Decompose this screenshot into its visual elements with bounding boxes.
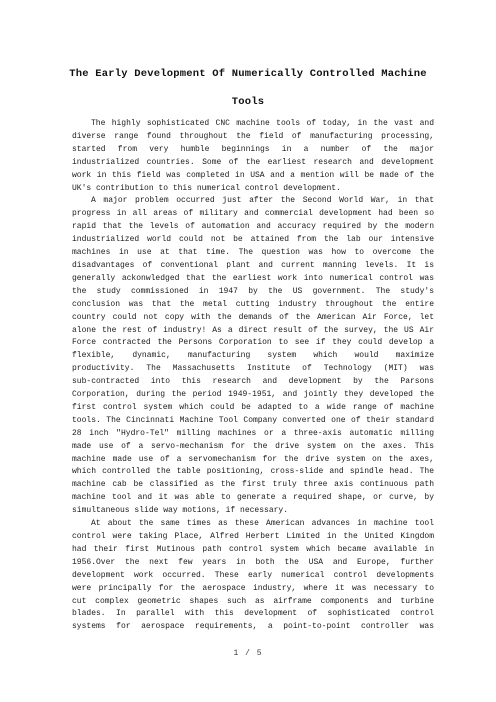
text-line: A major problem occurred just after the … (72, 195, 434, 208)
text-line: industrialized countries. Some of the ea… (72, 157, 434, 170)
text-line: sub-contracted into this research and de… (72, 376, 434, 389)
text-line: first control system which could be adap… (72, 402, 434, 415)
text-line: The highly sophisticated CNC machine too… (72, 118, 434, 131)
text-line: conclusion was that the metal cutting in… (72, 299, 434, 312)
text-line: country could not copy with the demands … (72, 312, 434, 325)
text-line: 1956.Over the next few years in both the… (72, 557, 434, 570)
text-line: were principally for the aerospace indus… (72, 583, 434, 596)
text-line: had their first Mutinous path control sy… (72, 544, 434, 557)
page-number-indicator: 1 / 5 (0, 649, 496, 658)
text-line: UK's contribution to this numerical cont… (72, 183, 434, 196)
text-line: progress in all areas of military and co… (72, 208, 434, 221)
text-line: simultaneous slide way motions, if neces… (72, 505, 434, 518)
text-line: 28 inch "Hydro-Tel" milling machines or … (72, 428, 434, 441)
text-line: control were taking Place, Alfred Herber… (72, 531, 434, 544)
text-line: started from very humble beginnings in a… (72, 144, 434, 157)
text-line: blades. In parallel with this developmen… (72, 608, 434, 621)
text-line: alone the rest of industry! As a direct … (72, 325, 434, 338)
document-title-line-1: The Early Development Of Numerically Con… (0, 60, 496, 88)
text-line: generally ackonwledged that the earliest… (72, 273, 434, 286)
paragraph: The highly sophisticated CNC machine too… (72, 118, 434, 195)
text-line: machines in use at that time. The questi… (72, 247, 434, 260)
paragraph: At about the same times as these America… (72, 518, 434, 634)
text-line: which controlled the table positioning, … (72, 466, 434, 479)
text-line: industrialized world could not be attain… (72, 234, 434, 247)
text-line: Corporation, during the period 1949-1951… (72, 389, 434, 402)
text-line: rapid that the levels of automation and … (72, 221, 434, 234)
text-line: Force contracted the Persons Corporation… (72, 337, 434, 350)
text-line: machine cab be classified as the first t… (72, 479, 434, 492)
text-line: tools. The Cincinnati Machine Tool Compa… (72, 415, 434, 428)
text-line: the study commissioned in 1947 by the US… (72, 286, 434, 299)
document-body: The highly sophisticated CNC machine too… (72, 118, 434, 634)
text-line: machine made use of a servomechanism for… (72, 454, 434, 467)
text-line: cut complex geometric shapes such as air… (72, 596, 434, 609)
text-line: productivity. The Massachusetts Institut… (72, 363, 434, 376)
text-line: flexible, dynamic, manufacturing system … (72, 350, 434, 363)
text-line: development work occurred. These early n… (72, 570, 434, 583)
text-line: made use of a servo-mechanism for the dr… (72, 441, 434, 454)
text-line: diverse range found throughout the field… (72, 131, 434, 144)
paragraph: A major problem occurred just after the … (72, 195, 434, 518)
document-title-line-2: Tools (0, 88, 496, 116)
document-page: The Early Development Of Numerically Con… (0, 0, 496, 702)
text-line: work in this field was completed in USA … (72, 170, 434, 183)
text-line: machine tool and it was able to generate… (72, 492, 434, 505)
text-line: disadvantages of conventional plant and … (72, 260, 434, 273)
text-line: systems for aerospace requirements, a po… (72, 621, 434, 634)
document-title: The Early Development Of Numerically Con… (0, 0, 496, 116)
text-line: At about the same times as these America… (72, 518, 434, 531)
